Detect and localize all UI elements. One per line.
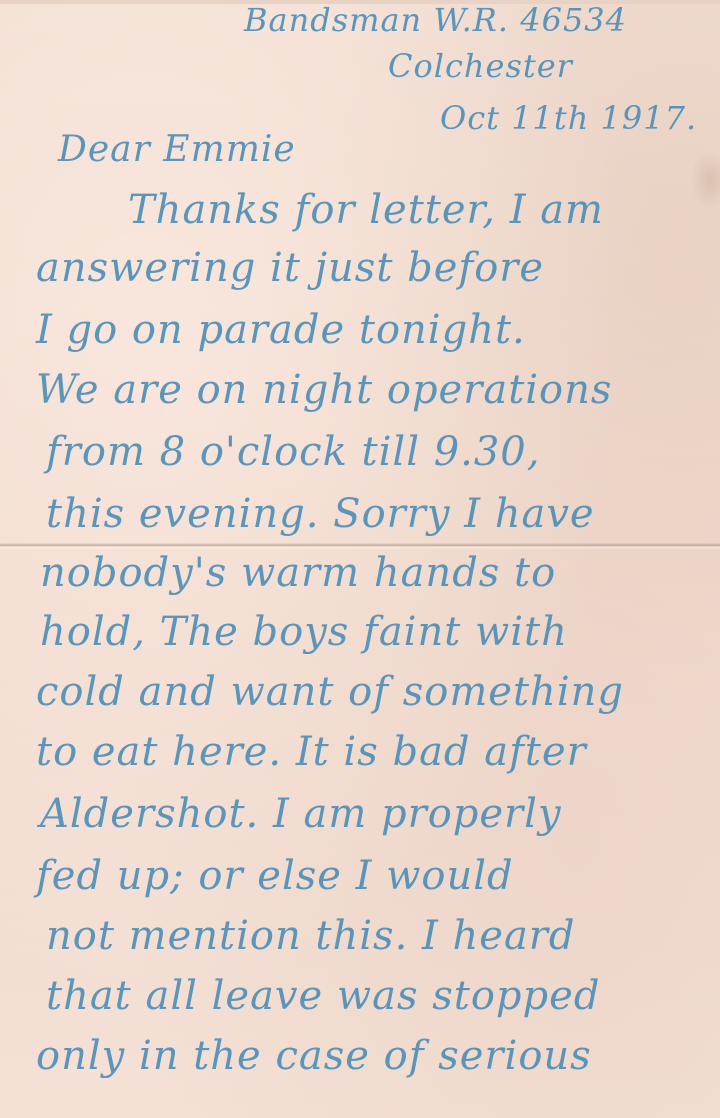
body-line: answering it just before	[36, 248, 544, 288]
body-line: We are on night operations	[36, 370, 612, 410]
body-line: cold and want of something	[36, 672, 624, 712]
sender-line: Bandsman W.R. 46534	[244, 4, 627, 36]
paper-stain	[690, 150, 720, 210]
date-line: Oct 11th 1917.	[440, 102, 697, 134]
place-line: Colchester	[388, 50, 573, 82]
salutation: Dear Emmie	[58, 132, 296, 168]
body-line: Thanks for letter, I am	[128, 190, 604, 230]
body-line: only in the case of serious	[36, 1036, 592, 1076]
fold-crease	[0, 543, 720, 549]
body-line: not mention this. I heard	[46, 916, 576, 956]
body-line: hold, The boys faint with	[40, 612, 568, 652]
body-line: to eat here. It is bad after	[36, 732, 587, 772]
body-line: that all leave was stopped	[46, 976, 600, 1016]
body-line: this evening. Sorry I have	[46, 494, 595, 534]
body-line: from 8 o'clock till 9.30,	[46, 432, 540, 472]
body-line: nobody's warm hands to	[40, 553, 556, 593]
letter-page: Bandsman W.R. 46534 Colchester Oct 11th …	[0, 0, 720, 1118]
body-line: I go on parade tonight.	[36, 310, 526, 350]
body-line: Aldershot. I am properly	[40, 794, 562, 834]
body-line: fed up; or else I would	[36, 856, 514, 896]
